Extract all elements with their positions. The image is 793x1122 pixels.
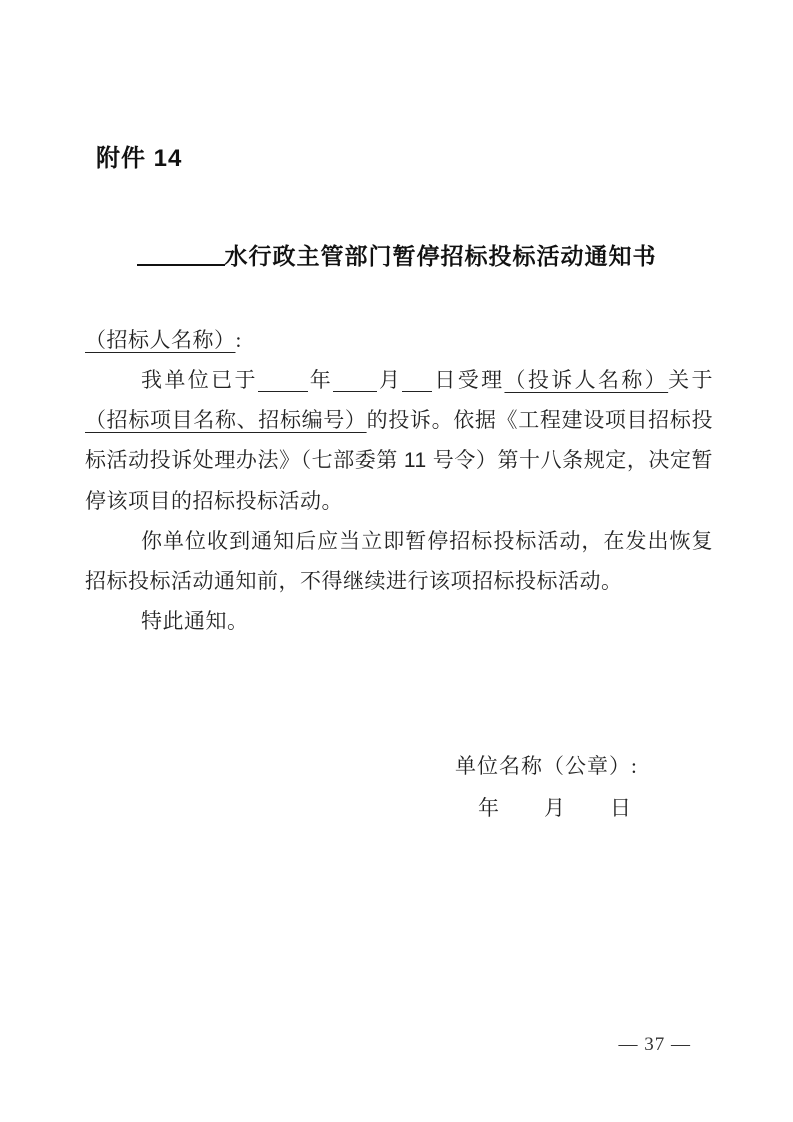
document-title: 水行政主管部门暂停招标投标活动通知书 xyxy=(225,243,657,269)
document-page: 附件 14 水行政主管部门暂停招标投标活动通知书 （招标人名称）: 我单位已于年… xyxy=(0,0,793,1122)
paragraph-3: 特此通知。 xyxy=(85,601,713,641)
addressee-line: （招标人名称）: xyxy=(85,320,713,360)
year-blank-line xyxy=(258,370,308,392)
title-blank-line xyxy=(137,250,225,266)
para1-unit-year: 年 xyxy=(308,368,333,392)
document-title-row: 水行政主管部门暂停招标投标活动通知书 xyxy=(0,238,793,271)
paragraph-1: 我单位已于年月日受理（投诉人名称）关于（招标项目名称、招标编号）的投诉。依据《工… xyxy=(85,360,713,521)
complainant-placeholder: （投诉人名称） xyxy=(504,368,668,392)
para1-about: 关于 xyxy=(668,368,713,392)
page-number: — 37 — xyxy=(619,1034,692,1056)
attachment-label: 附件 14 xyxy=(96,138,182,173)
signature-date-line: 年 月 日 xyxy=(478,792,632,822)
addressee-placeholder: （招标人名称） xyxy=(85,328,236,352)
day-blank-line xyxy=(402,370,432,392)
para1-unit-day-receive: 日受理 xyxy=(432,368,504,392)
signature-org-label: 单位名称（公章）: xyxy=(455,750,638,780)
document-body: （招标人名称）: 我单位已于年月日受理（投诉人名称）关于（招标项目名称、招标编号… xyxy=(85,320,713,641)
decree-number: 11 xyxy=(404,449,427,472)
addressee-colon: : xyxy=(236,328,242,352)
para1-lead: 我单位已于 xyxy=(141,368,258,392)
paragraph-2: 你单位收到通知后应当立即暂停招标投标活动，在发出恢复招标投标活动通知前，不得继续… xyxy=(85,521,713,601)
month-blank-line xyxy=(333,370,377,392)
para1-unit-month: 月 xyxy=(377,368,402,392)
project-placeholder: （招标项目名称、招标编号） xyxy=(85,408,367,432)
